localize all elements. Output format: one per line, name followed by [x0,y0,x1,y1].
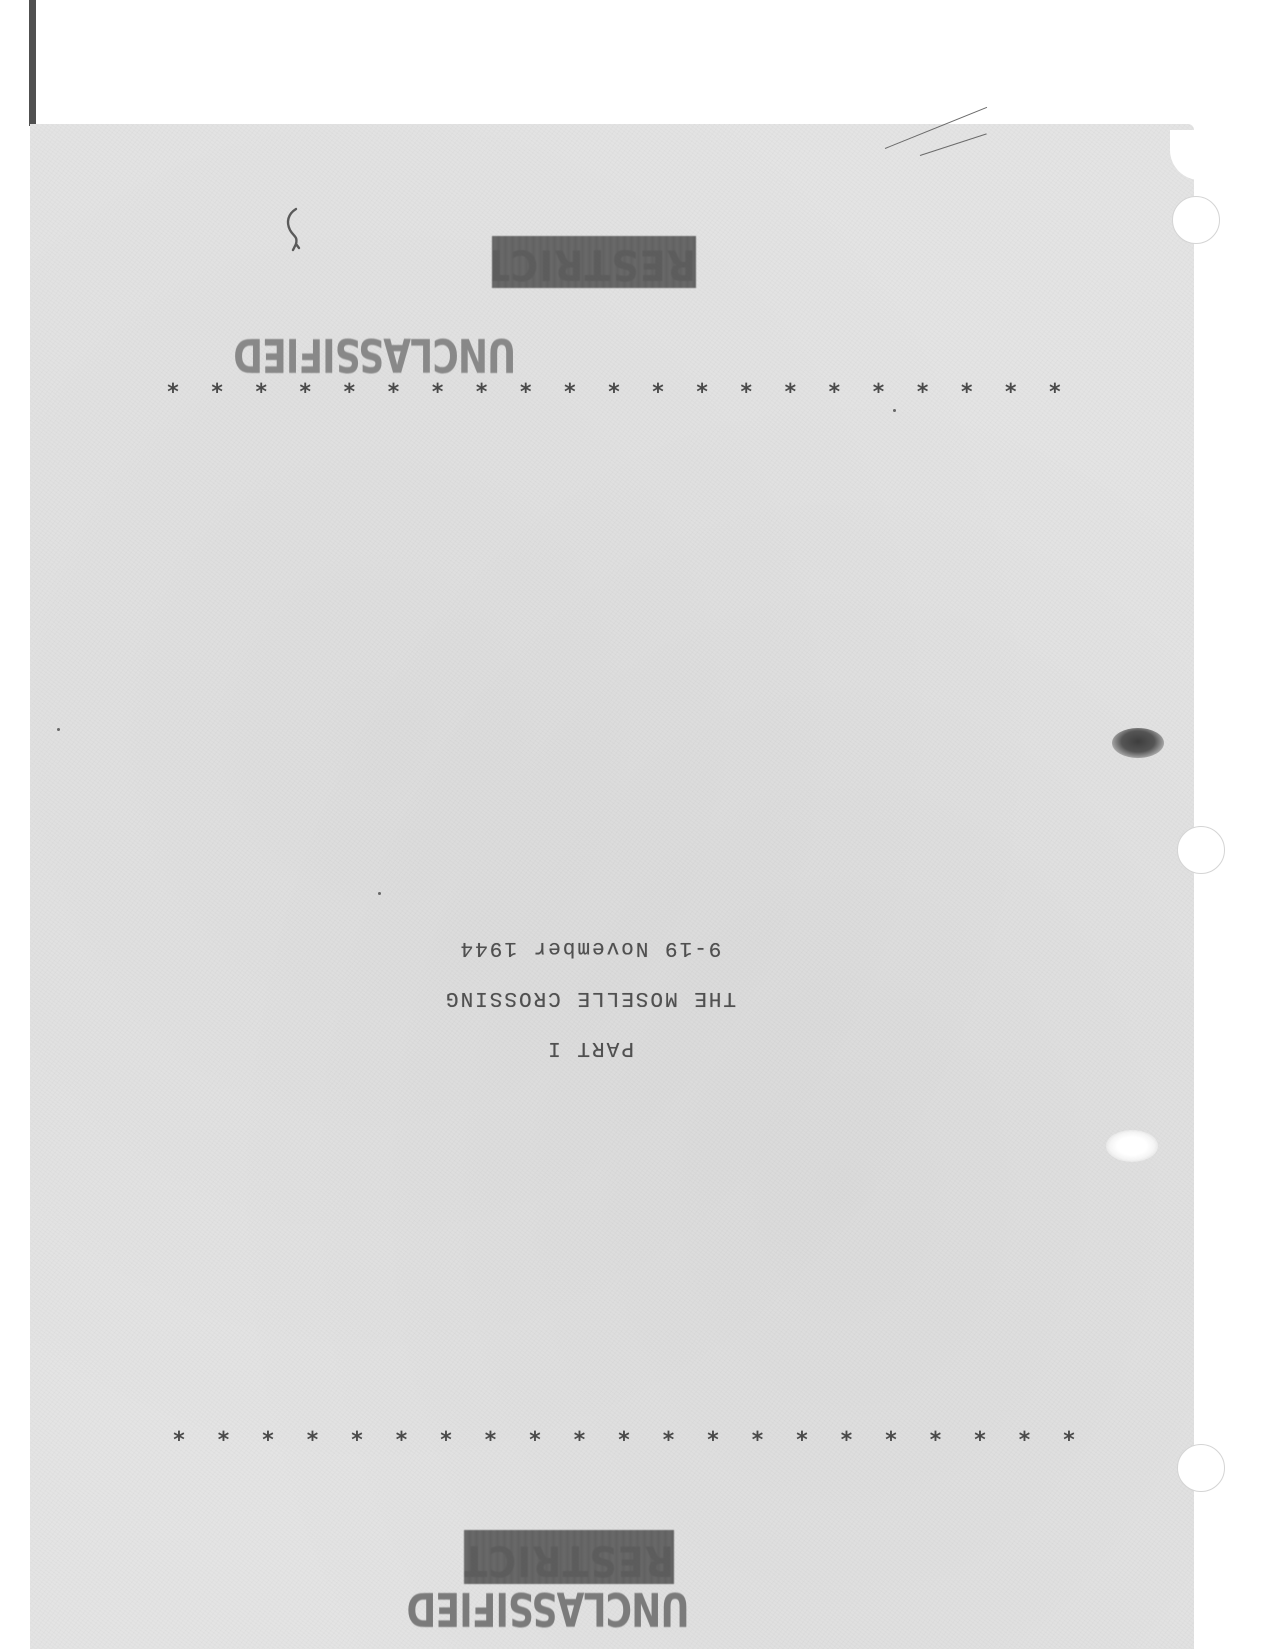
asterisk-mark: * [210,380,224,405]
asterisk-mark: * [573,1428,587,1453]
asterisk-separator-bottom: ********************* [172,1428,1076,1453]
asterisk-mark: * [217,1428,231,1453]
restricted-stamp-top: RESTRICTED [492,236,696,288]
asterisk-mark: * [254,380,268,405]
unclassified-stamp-top: UNCLASSIFIED [306,328,517,382]
asterisk-mark: * [739,380,753,405]
asterisk-mark: * [306,1428,320,1453]
part-heading: PART I [390,1022,790,1072]
asterisk-mark: * [827,380,841,405]
asterisk-mark: * [261,1428,275,1453]
asterisk-mark: * [439,1428,453,1453]
asterisk-mark: * [1018,1428,1032,1453]
restricted-stamp-text: RESTRICTED [464,1536,674,1584]
asterisk-mark: * [929,1428,943,1453]
asterisk-mark: * [350,1428,364,1453]
asterisk-mark: * [166,380,180,405]
asterisk-mark: * [395,1428,409,1453]
paper-speck [378,892,381,895]
asterisk-mark: * [840,1428,854,1453]
asterisk-mark: * [386,380,400,405]
punch-hole-icon [1172,196,1220,244]
restricted-stamp-bottom: RESTRICTED [464,1530,674,1584]
asterisk-mark: * [783,380,797,405]
asterisk-mark: * [1004,380,1018,405]
scanned-page-canvas: RESTRICTED UNCLASSIFIED ****************… [0,0,1274,1649]
paper-speck [893,409,896,412]
asterisk-mark: * [651,380,665,405]
asterisk-mark: * [475,380,489,405]
asterisk-mark: * [342,380,356,405]
asterisk-mark: * [662,1428,676,1453]
asterisk-mark: * [172,1428,186,1453]
asterisk-mark: * [973,1428,987,1453]
asterisk-mark: * [298,380,312,405]
title-block: PART I THE MOSELLE CROSSING 9-19 Novembe… [390,932,790,1072]
document-title: THE MOSELLE CROSSING [390,972,790,1022]
unclassified-stamp-bottom: UNCLASSIFIED [502,1582,689,1636]
reinforcement-smudge [1112,728,1164,758]
paper-blot [1106,1130,1158,1162]
asterisk-mark: * [884,1428,898,1453]
date-range: 9-19 November 1944 [390,922,790,972]
asterisk-mark: * [519,380,533,405]
asterisk-mark: * [1048,380,1062,405]
paper-sheet [30,124,1194,1649]
paper-speck [57,728,60,731]
asterisk-mark: * [751,1428,765,1453]
asterisk-mark: * [695,380,709,405]
asterisk-separator-top: ********************* [166,380,1062,405]
asterisk-mark: * [528,1428,542,1453]
restricted-stamp-text: RESTRICTED [492,240,696,288]
asterisk-mark: * [1062,1428,1076,1453]
asterisk-mark: * [872,380,886,405]
punch-hole-icon [1177,1444,1225,1492]
asterisk-mark: * [431,380,445,405]
handwritten-squiggle-icon [282,206,306,254]
asterisk-mark: * [607,380,621,405]
asterisk-mark: * [706,1428,720,1453]
asterisk-mark: * [563,380,577,405]
asterisk-mark: * [916,380,930,405]
binder-edge-strip [29,0,36,126]
asterisk-mark: * [484,1428,498,1453]
asterisk-mark: * [795,1428,809,1453]
asterisk-mark: * [960,380,974,405]
punch-hole-icon [1177,826,1225,874]
asterisk-mark: * [617,1428,631,1453]
